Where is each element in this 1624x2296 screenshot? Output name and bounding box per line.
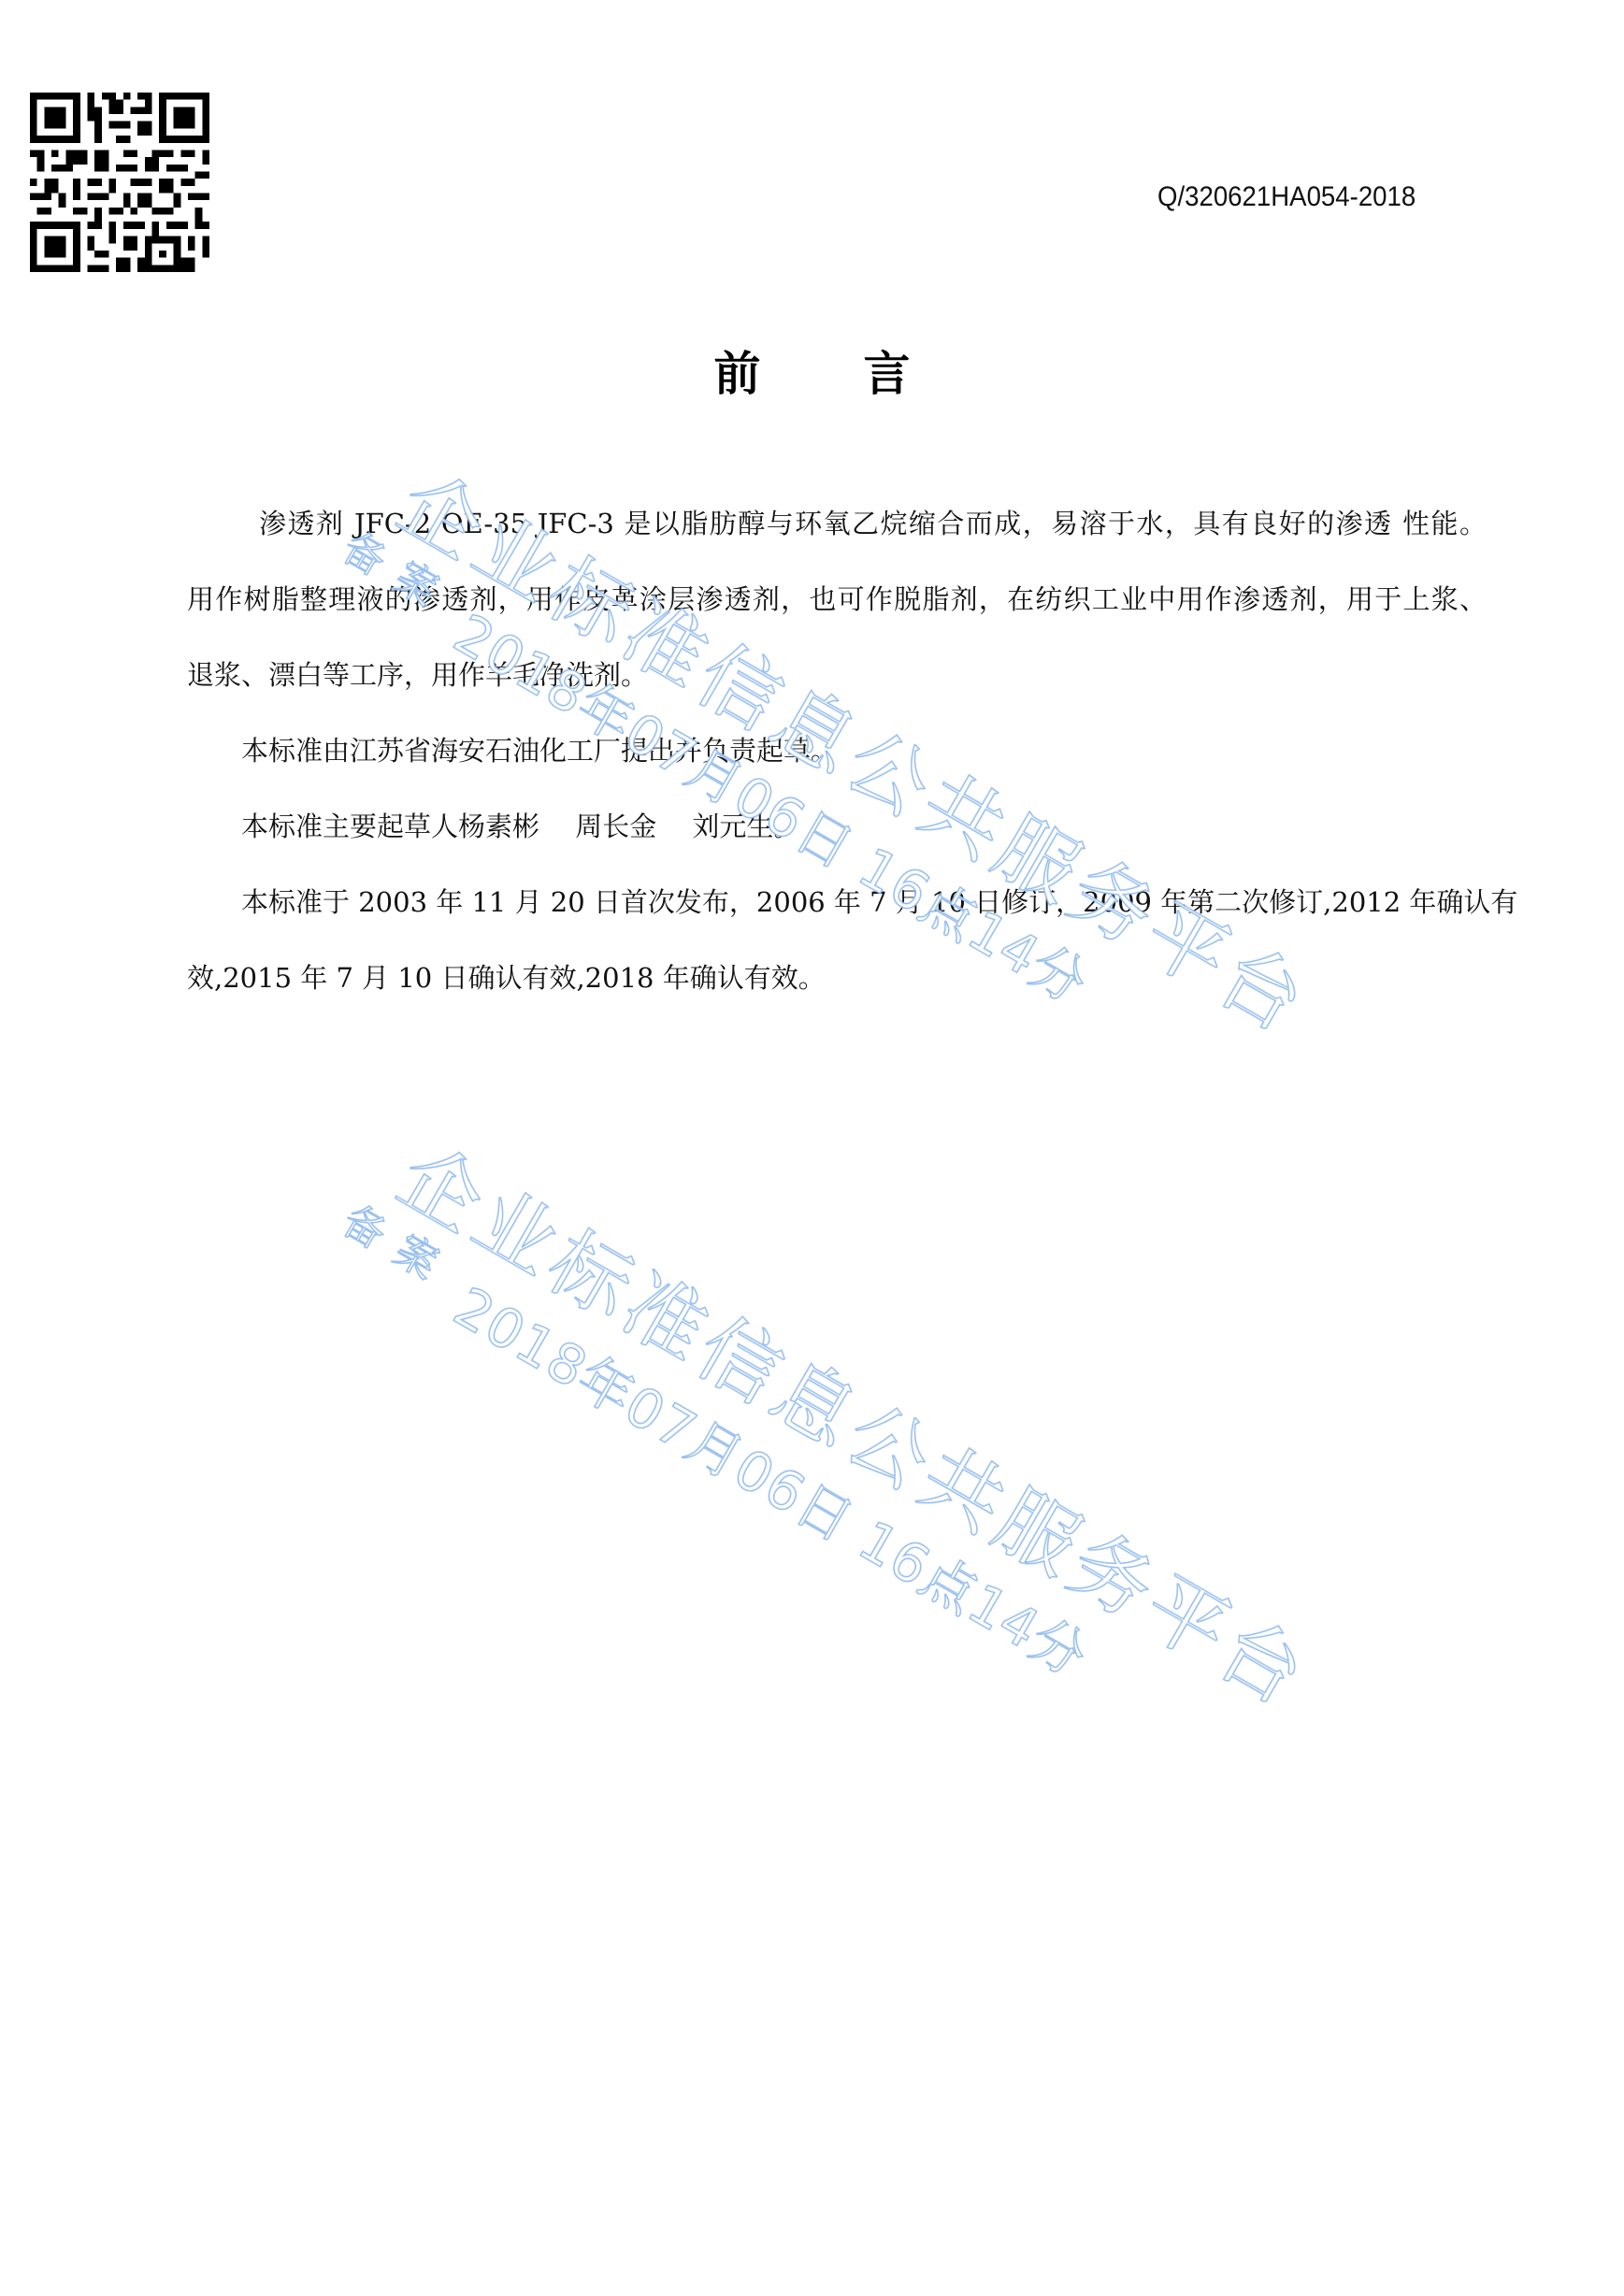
page-title: 前言 <box>0 337 1624 404</box>
title-char: 言 <box>864 347 1013 401</box>
watermark-main-text: 企业标准信息公共服务平台 <box>381 1112 1333 1729</box>
paragraph-line: 退浆、漂白等工序，用作羊毛净洗剂。 <box>187 638 1487 713</box>
watermark-filing-label: 备案 <box>334 1187 467 1299</box>
paragraph-line: 本标准于 2003 年 11 月 20 日首次发布，2006 年 7 月 10 … <box>187 865 1487 940</box>
watermark-lower: 企业标准信息公共服务平台 备案 2018年07月06日 16点14分 <box>381 1112 1333 1729</box>
title-char: 前 <box>714 347 864 401</box>
paragraph-line: 效,2015 年 7 月 10 日确认有效,2018 年确认有效。 <box>187 940 1487 1016</box>
watermark-timestamp: 2018年07月06日 16点14分 <box>442 1264 1104 1691</box>
standard-code: Q/320621HA054-2018 <box>1157 181 1416 213</box>
paragraph-line: 本标准主要起草人杨素彬 周长金 刘元生。 <box>187 789 1487 865</box>
paragraph-line: 本标准由江苏省海安石油化工厂提出并负责起草。 <box>187 713 1487 789</box>
paragraph-line: 用作树脂整理液的渗透剂，用作皮革涂层渗透剂，也可作脱脂剂，在纺织工业中用作渗透剂… <box>187 562 1487 638</box>
paragraph-line: 渗透剂 JFC-2 OE-35 JFC-3 是以脂肪醇与环氧乙烷缩合而成，易溶于… <box>187 486 1487 562</box>
qr-code <box>30 92 209 273</box>
foreword-body: 渗透剂 JFC-2 OE-35 JFC-3 是以脂肪醇与环氧乙烷缩合而成，易溶于… <box>187 486 1487 1016</box>
